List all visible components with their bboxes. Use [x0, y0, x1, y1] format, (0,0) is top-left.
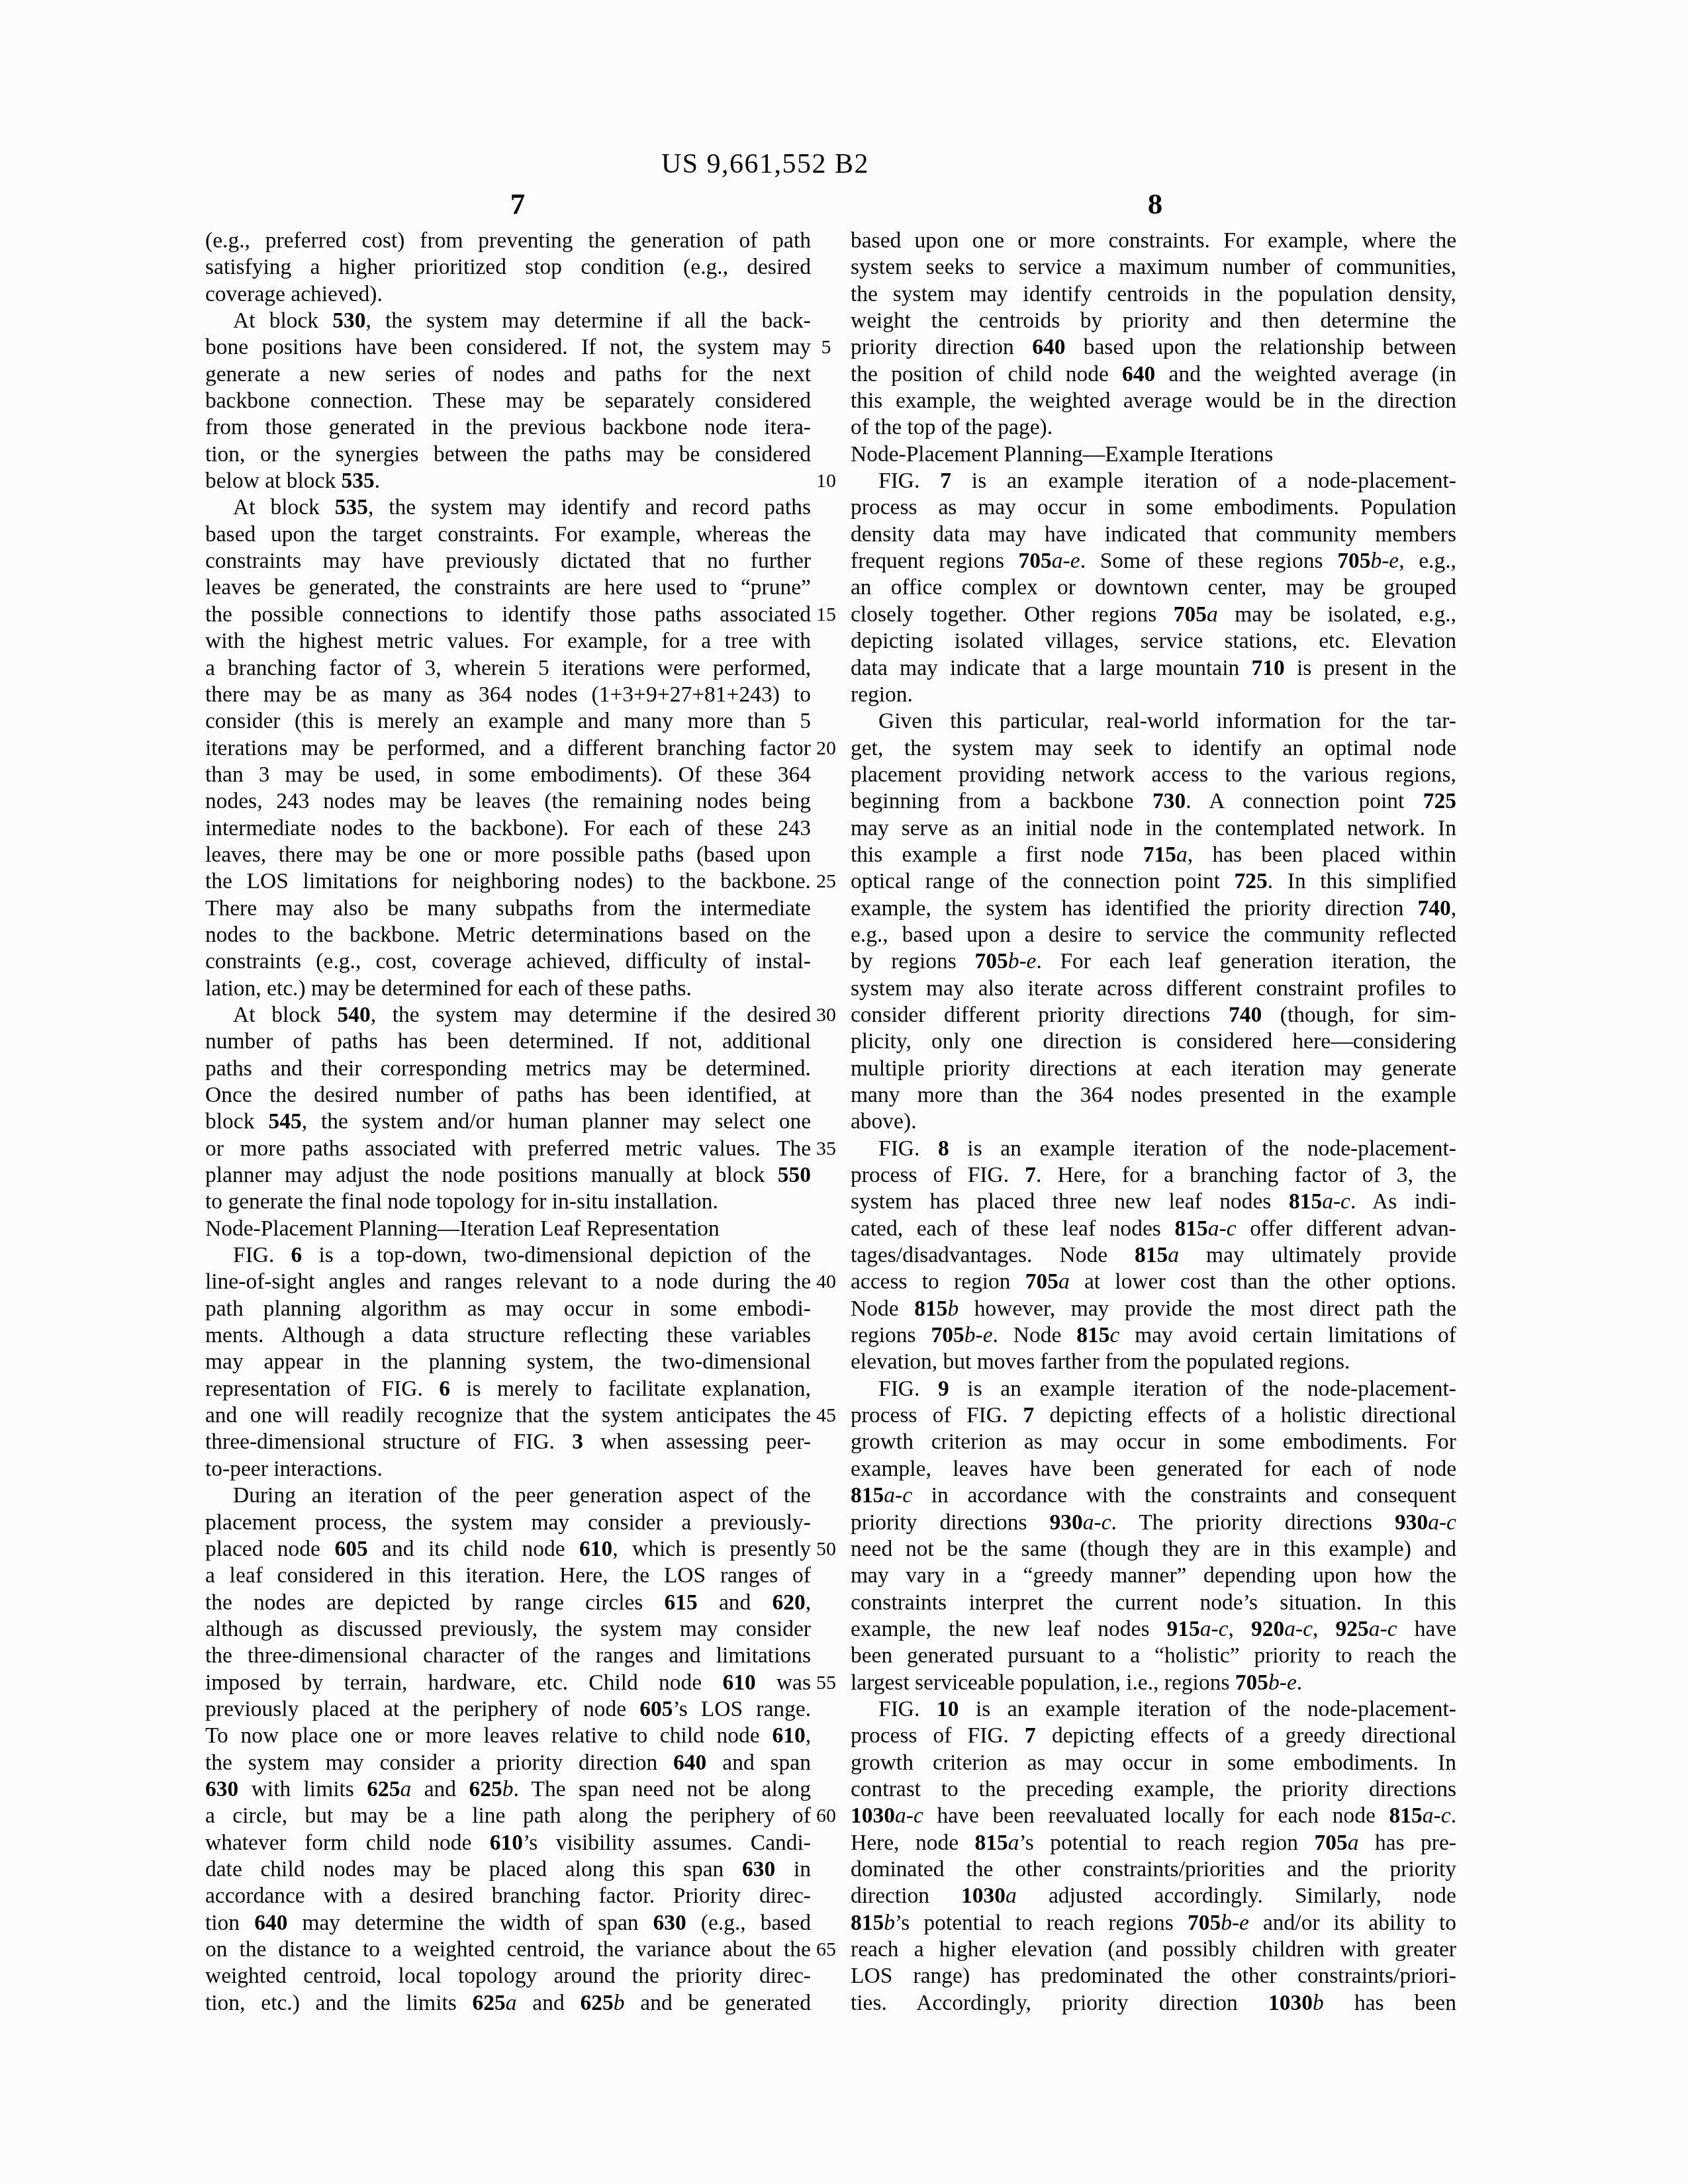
text-line: placed node 605 and its child node 610, … [205, 1536, 811, 1563]
text-line: a circle, but may be a line path along t… [205, 1803, 811, 1829]
text-line: with the highest metric values. For exam… [205, 628, 811, 655]
section-heading: Node-Placement Planning—Example Iteratio… [851, 441, 1456, 468]
text-line: plicity, only one direction is considere… [851, 1028, 1456, 1055]
text-line: than 3 may be used, in some embodiments)… [205, 762, 811, 788]
text-line: planner may adjust the node positions ma… [205, 1162, 811, 1189]
line-number-spacer [804, 655, 849, 682]
text-line: bone positions have been considered. If … [205, 334, 811, 361]
text-line: need not be the same (though they are in… [851, 1536, 1456, 1563]
line-number-spacer [804, 1189, 849, 1215]
line-number: 60 [804, 1803, 849, 1829]
text-line: access to region 705a at lower cost than… [851, 1269, 1456, 1295]
text-line: process of FIG. 7 depicting effects of a… [851, 1723, 1456, 1749]
line-number: 10 [804, 468, 849, 494]
text-line: placement process, the system may consid… [205, 1510, 811, 1536]
text-line: although as discussed previously, the sy… [205, 1616, 811, 1643]
text-line: process as may occur in some embodiments… [851, 494, 1456, 521]
text-line: Once the desired number of paths has bee… [205, 1082, 811, 1109]
line-number-spacer [804, 1482, 849, 1509]
text-line: At block 535, the system may identify an… [205, 494, 811, 521]
text-line: imposed by terrain, hardware, etc. Child… [205, 1670, 811, 1696]
text-line: whatever form child node 610’s visibilit… [205, 1830, 811, 1856]
line-number-spacer [804, 361, 849, 388]
text-line: the position of child node 640 and the w… [851, 361, 1456, 388]
text-line: been generated pursuant to a “holistic” … [851, 1643, 1456, 1669]
line-number-spacer [804, 1376, 849, 1402]
text-line: frequent regions 705a-e. Some of these r… [851, 548, 1456, 574]
text-line: and one will readily recognize that the … [205, 1402, 811, 1429]
patent-page: US 9,661,552 B2 7 8 (e.g., preferred cos… [0, 0, 1688, 2184]
line-number: 5 [804, 334, 849, 361]
text-line: date child nodes may be placed along thi… [205, 1856, 811, 1883]
text-line: get, the system may seek to identify an … [851, 735, 1456, 762]
text-line: an office complex or downtown center, ma… [851, 574, 1456, 601]
text-column-left: (e.g., preferred cost) from preventing t… [205, 228, 811, 2017]
line-number-spacer [804, 1910, 849, 1936]
text-line: regions 705b-e. Node 815c may avoid cert… [851, 1322, 1456, 1349]
line-number: 65 [804, 1936, 849, 1963]
text-line: elevation, but moves farther from the po… [851, 1349, 1456, 1375]
text-line: FIG. 6 is a top-down, two-dimensional de… [205, 1242, 811, 1269]
text-line: intermediate nodes to the backbone). For… [205, 815, 811, 842]
text-line: a leaf considered in this iteration. Her… [205, 1563, 811, 1589]
text-line: growth criterion as may occur in some em… [851, 1750, 1456, 1776]
text-line: placement providing network access to th… [851, 762, 1456, 788]
text-line: LOS range) has predominated the other co… [851, 1963, 1456, 1989]
text-line: tion, or the synergies between the paths… [205, 441, 811, 468]
line-number-spacer [804, 708, 849, 735]
text-line: there may be as many as 364 nodes (1+3+9… [205, 682, 811, 708]
line-number: 30 [804, 1002, 849, 1028]
text-line: a branching factor of 3, wherein 5 itera… [205, 655, 811, 682]
text-line: the nodes are depicted by range circles … [205, 1590, 811, 1616]
text-line: example, the new leaf nodes 915a-c, 920a… [851, 1616, 1456, 1643]
line-number-spacer [804, 574, 849, 601]
text-line: constraints (e.g., cost, coverage achiev… [205, 948, 811, 975]
line-number-spacer [804, 254, 849, 281]
text-line: this example a first node 715a, has been… [851, 842, 1456, 868]
line-number-spacer [804, 788, 849, 815]
text-line: the three-dimensional character of the r… [205, 1643, 811, 1669]
line-number: 55 [804, 1670, 849, 1696]
text-line: block 545, the system and/or human plann… [205, 1109, 811, 1135]
text-line: weighted centroid, local topology around… [205, 1963, 811, 1989]
text-line: depicting isolated villages, service sta… [851, 628, 1456, 655]
line-number-spacer [804, 522, 849, 548]
text-line: weight the centroids by priority and the… [851, 308, 1456, 334]
line-number-spacer [804, 388, 849, 414]
line-number-spacer [804, 1750, 849, 1776]
line-number-spacer [804, 1109, 849, 1135]
text-line: nodes, 243 nodes may be leaves (the rema… [205, 788, 811, 815]
text-line: satisfying a higher prioritized stop con… [205, 254, 811, 281]
text-line: Given this particular, real-world inform… [851, 708, 1456, 735]
line-number-spacer [804, 308, 849, 334]
line-number-spacer [804, 1776, 849, 1803]
text-line: constraints interpret the current node’s… [851, 1590, 1456, 1616]
text-line: 1030a-c have been reevaluated locally fo… [851, 1803, 1456, 1829]
text-line: number of paths has been determined. If … [205, 1028, 811, 1055]
line-number-spacer [804, 1162, 849, 1189]
text-line: e.g., based upon a desire to service the… [851, 922, 1456, 948]
text-line: ties. Accordingly, priority direction 10… [851, 1990, 1456, 2017]
text-line: multiple priority directions at each ite… [851, 1056, 1456, 1082]
text-line: priority directions 930a-c. The priority… [851, 1510, 1456, 1536]
text-line: example, leaves have been generated for … [851, 1456, 1456, 1482]
text-line: backbone connection. These may be separa… [205, 388, 811, 414]
line-number-spacer [804, 1990, 849, 2017]
line-number: 15 [804, 602, 849, 628]
text-line: Here, node 815a’s potential to reach reg… [851, 1830, 1456, 1856]
text-line: 630 with limits 625a and 625b. The span … [205, 1776, 811, 1803]
line-number-spacer [804, 1643, 849, 1669]
text-line: FIG. 8 is an example iteration of the no… [851, 1136, 1456, 1162]
text-line: constraints may have previously dictated… [205, 548, 811, 574]
line-number: 45 [804, 1402, 849, 1429]
text-line: on the distance to a weighted centroid, … [205, 1936, 811, 1963]
line-number: 50 [804, 1536, 849, 1563]
text-line: FIG. 7 is an example iteration of a node… [851, 468, 1456, 494]
text-line: dominated the other constraints/prioriti… [851, 1856, 1456, 1883]
text-line: closely together. Other regions 705a may… [851, 602, 1456, 628]
line-number-spacer [804, 682, 849, 708]
text-line: the LOS limitations for neighboring node… [205, 868, 811, 895]
text-line: data may indicate that a large mountain … [851, 655, 1456, 682]
line-number-spacer [804, 1856, 849, 1883]
text-line: of the top of the page). [851, 414, 1456, 441]
text-line: FIG. 9 is an example iteration of the no… [851, 1376, 1456, 1402]
text-line: system seeks to service a maximum number… [851, 254, 1456, 281]
line-number-spacer [804, 948, 849, 975]
text-line: (e.g., preferred cost) from preventing t… [205, 228, 811, 254]
text-line: optical range of the connection point 72… [851, 868, 1456, 895]
line-number-spacer [804, 1322, 849, 1349]
line-number-spacer [804, 441, 849, 468]
line-number-spacer [804, 1696, 849, 1723]
text-line: 815b’s potential to reach regions 705b-e… [851, 1910, 1456, 1936]
text-column-right: based upon one or more constraints. For … [851, 228, 1456, 2017]
text-line: consider different priority directions 7… [851, 1002, 1456, 1028]
text-line: lation, etc.) may be determined for each… [205, 976, 811, 1002]
column-number-left: 7 [510, 187, 526, 221]
line-number-spacer [804, 1296, 849, 1322]
text-line: beginning from a backbone 730. A connect… [851, 788, 1456, 815]
text-line: cated, each of these leaf nodes 815a-c o… [851, 1216, 1456, 1242]
text-line: tion, etc.) and the limits 625a and 625b… [205, 1990, 811, 2017]
text-line: largest serviceable population, i.e., re… [851, 1670, 1456, 1696]
text-line: nodes to the backbone. Metric determinat… [205, 922, 811, 948]
text-line: There may also be many subpaths from the… [205, 895, 811, 922]
line-number-spacer [804, 1349, 849, 1375]
text-line: priority direction 640 based upon the re… [851, 334, 1456, 361]
text-line: accordance with a desired branching fact… [205, 1883, 811, 1909]
line-number: 25 [804, 868, 849, 895]
text-line: based upon one or more constraints. For … [851, 228, 1456, 254]
text-line: direction 1030a adjusted accordingly. Si… [851, 1883, 1456, 1909]
text-line: contrast to the preceding example, the p… [851, 1776, 1456, 1803]
text-line: the possible connections to identify tho… [205, 602, 811, 628]
text-line: At block 540, the system may determine i… [205, 1002, 811, 1028]
text-line: FIG. 10 is an example iteration of the n… [851, 1696, 1456, 1723]
text-line: region. [851, 682, 1456, 708]
line-number-spacer [804, 1056, 849, 1082]
text-line: To now place one or more leaves relative… [205, 1723, 811, 1749]
text-line: or more paths associated with preferred … [205, 1136, 811, 1162]
text-line: tages/disadvantages. Node 815a may ultim… [851, 1242, 1456, 1269]
text-line: the system may identify centroids in the… [851, 281, 1456, 308]
text-line: the system may consider a priority direc… [205, 1750, 811, 1776]
line-number-spacer [804, 281, 849, 308]
text-line: leaves be generated, the constraints are… [205, 574, 811, 601]
line-number-spacer [804, 1563, 849, 1589]
section-heading: Node-Placement Planning—Iteration Leaf R… [205, 1216, 811, 1242]
text-line: Node 815b however, may provide the most … [851, 1296, 1456, 1322]
text-line: coverage achieved). [205, 281, 811, 308]
text-line: tion 640 may determine the width of span… [205, 1910, 811, 1936]
text-line: generate a new series of nodes and paths… [205, 361, 811, 388]
line-number-spacer [804, 976, 849, 1002]
text-line: system has placed three new leaf nodes 8… [851, 1189, 1456, 1215]
line-number-spacer [804, 414, 849, 441]
line-number-spacer [804, 628, 849, 655]
text-line: to-peer interactions. [205, 1456, 811, 1482]
text-line: paths and their corresponding metrics ma… [205, 1056, 811, 1082]
line-number-spacer [804, 922, 849, 948]
text-line: by regions 705b-e. For each leaf generat… [851, 948, 1456, 975]
text-line: density data may have indicated that com… [851, 522, 1456, 548]
line-number-spacer [804, 1216, 849, 1242]
line-number: 35 [804, 1136, 849, 1162]
line-number-spacer [804, 494, 849, 521]
text-line: from those generated in the previous bac… [205, 414, 811, 441]
text-line: system may also iterate across different… [851, 976, 1456, 1002]
text-line: representation of FIG. 6 is merely to fa… [205, 1376, 811, 1402]
text-line: example, the system has identified the p… [851, 895, 1456, 922]
line-number-spacer [804, 548, 849, 574]
line-number-spacer [804, 1616, 849, 1643]
column-number-right: 8 [1148, 187, 1163, 221]
text-line: iterations may be performed, and a diffe… [205, 735, 811, 762]
line-number-spacer [804, 815, 849, 842]
line-number-spacer [804, 1028, 849, 1055]
line-number-spacer [804, 228, 849, 254]
line-number-spacer [804, 1510, 849, 1536]
text-line: this example, the weighted average would… [851, 388, 1456, 414]
text-line: previously placed at the periphery of no… [205, 1696, 811, 1723]
text-line: ments. Although a data structure reflect… [205, 1322, 811, 1349]
line-number-spacer [804, 1830, 849, 1856]
text-line: 815a-c in accordance with the constraint… [851, 1482, 1456, 1509]
text-line: process of FIG. 7. Here, for a branching… [851, 1162, 1456, 1189]
line-number-spacer [804, 762, 849, 788]
text-line: process of FIG. 7 depicting effects of a… [851, 1402, 1456, 1429]
text-line: many more than the 364 nodes presented i… [851, 1082, 1456, 1109]
line-number: 40 [804, 1269, 849, 1295]
line-number-spacer [804, 1963, 849, 1989]
page-title: US 9,661,552 B2 [661, 148, 869, 180]
line-number-gutter: 5101520253035404550556065 [804, 228, 849, 2017]
line-number-spacer [804, 1723, 849, 1749]
text-line: path planning algorithm as may occur in … [205, 1296, 811, 1322]
text-line: growth criterion as may occur in some em… [851, 1429, 1456, 1455]
line-number-spacer [804, 1242, 849, 1269]
text-line: may serve as an initial node in the cont… [851, 815, 1456, 842]
line-number-spacer [804, 1456, 849, 1482]
line-number-spacer [804, 895, 849, 922]
text-line: leaves, there may be one or more possibl… [205, 842, 811, 868]
text-line: consider (this is merely an example and … [205, 708, 811, 735]
text-line: below at block 535. [205, 468, 811, 494]
text-line: three-dimensional structure of FIG. 3 wh… [205, 1429, 811, 1455]
line-number: 20 [804, 735, 849, 762]
text-line: reach a higher elevation (and possibly c… [851, 1936, 1456, 1963]
text-line: may appear in the planning system, the t… [205, 1349, 811, 1375]
text-line: line-of-sight angles and ranges relevant… [205, 1269, 811, 1295]
text-line: based upon the target constraints. For e… [205, 522, 811, 548]
text-line: At block 530, the system may determine i… [205, 308, 811, 334]
text-line: to generate the final node topology for … [205, 1189, 811, 1215]
text-line: may vary in a “greedy manner” depending … [851, 1563, 1456, 1589]
line-number-spacer [804, 1883, 849, 1909]
line-number-spacer [804, 1590, 849, 1616]
line-number-spacer [804, 1082, 849, 1109]
line-number-spacer [804, 842, 849, 868]
text-line: During an iteration of the peer generati… [205, 1482, 811, 1509]
line-number-spacer [804, 1429, 849, 1455]
text-line: above). [851, 1109, 1456, 1135]
